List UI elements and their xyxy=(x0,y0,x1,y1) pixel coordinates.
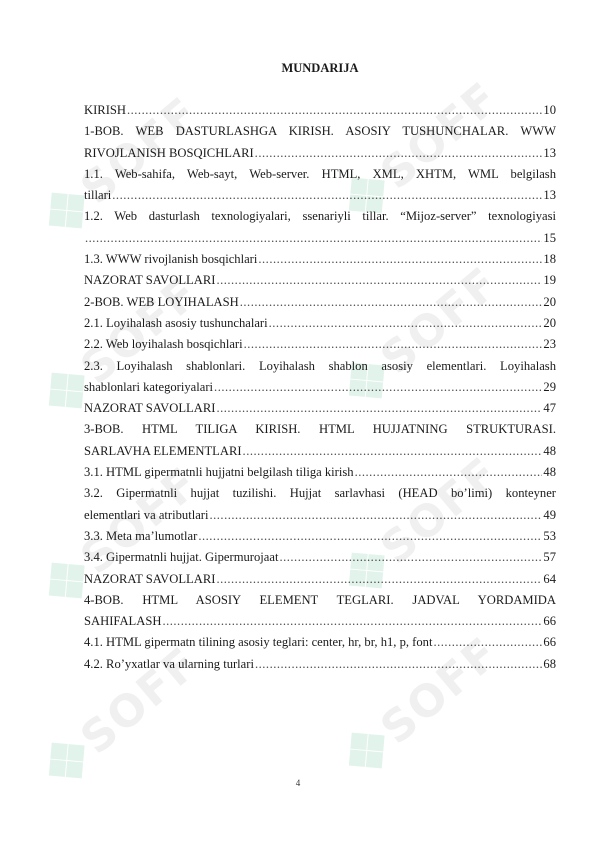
toc-entry-title: 2.2. Web loyihalash bosqichlari xyxy=(84,334,243,355)
toc-page-number: 20 xyxy=(543,313,556,334)
toc-entry-row: RIVOJLANISH BOSQICHLARI13 xyxy=(84,143,556,164)
dot-leader xyxy=(85,228,542,249)
toc-entry-title: NAZORAT SAVOLLARI xyxy=(84,569,215,590)
toc-page-number: 23 xyxy=(543,334,556,355)
toc-entry[interactable]: 3.4. Gipermatnli hujjat. Gipermurojaat57 xyxy=(84,547,556,568)
toc-page-number: 19 xyxy=(543,270,556,291)
toc-entry-row: 4.2. Ro’yxatlar va ularning turlari68 xyxy=(84,654,556,675)
dot-leader xyxy=(240,292,543,313)
table-of-contents: KIRISH101-BOB. WEB DASTURLASHGA KIRISH. … xyxy=(84,100,556,675)
toc-entry-row: 2-BOB. WEB LOYIHALASH20 xyxy=(84,292,556,313)
toc-entry-title-line: 3.2. Gipermatnli hujjat tuzilishi. Hujja… xyxy=(84,483,556,504)
toc-entry-title-line: 4-BOB. HTML ASOSIY ELEMENT TEGLARI. JADV… xyxy=(84,590,556,611)
toc-entry-title: shablonlari kategoriyalari xyxy=(84,377,213,398)
toc-entry-title: 2-BOB. WEB LOYIHALASH xyxy=(84,292,239,313)
toc-entry-row: KIRISH10 xyxy=(84,100,556,121)
toc-entry[interactable]: NAZORAT SAVOLLARI64 xyxy=(84,569,556,590)
toc-entry[interactable]: 1-BOB. WEB DASTURLASHGA KIRISH. ASOSIY T… xyxy=(84,121,556,164)
dot-leader xyxy=(216,569,542,590)
green-diamond-logo-icon xyxy=(336,720,398,782)
dot-leader xyxy=(216,398,542,419)
toc-entry-title: 3.3. Meta ma’lumotlar xyxy=(84,526,197,547)
toc-page-number: 18 xyxy=(543,249,556,270)
dot-leader xyxy=(269,313,543,334)
dot-leader xyxy=(255,143,543,164)
toc-entry[interactable]: 3.3. Meta ma’lumotlar53 xyxy=(84,526,556,547)
toc-entry[interactable]: 3.2. Gipermatnli hujjat tuzilishi. Hujja… xyxy=(84,483,556,526)
toc-page-number: 57 xyxy=(543,547,556,568)
toc-entry-title-line: 3-BOB. HTML TILIGA KIRISH. HTML HUJJATNI… xyxy=(84,419,556,440)
toc-entry-title: RIVOJLANISH BOSQICHLARI xyxy=(84,143,254,164)
toc-entry-row: NAZORAT SAVOLLARI64 xyxy=(84,569,556,590)
dot-leader xyxy=(112,185,542,206)
toc-entry-row: SARLAVHA ELEMENTLARI48 xyxy=(84,441,556,462)
toc-page-number: 13 xyxy=(543,185,556,206)
toc-entry-title: 3.1. HTML gipermatnli hujjatni belgilash… xyxy=(84,462,354,483)
toc-entry[interactable]: 4.1. HTML gipermatn tilining asosiy tegl… xyxy=(84,632,556,653)
toc-entry-title-line: 1-BOB. WEB DASTURLASHGA KIRISH. ASOSIY T… xyxy=(84,121,556,142)
toc-entry[interactable]: 2.3. Loyihalash shablonlari. Loyihalash … xyxy=(84,356,556,399)
dot-leader xyxy=(216,270,542,291)
toc-page-number: 29 xyxy=(543,377,556,398)
toc-entry-row: 2.2. Web loyihalash bosqichlari23 xyxy=(84,334,556,355)
toc-entry[interactable]: 2.2. Web loyihalash bosqichlari23 xyxy=(84,334,556,355)
toc-entry-row: 3.1. HTML gipermatnli hujjatni belgilash… xyxy=(84,462,556,483)
toc-entry[interactable]: 4-BOB. HTML ASOSIY ELEMENT TEGLARI. JADV… xyxy=(84,590,556,633)
toc-entry-title: elementlari va atributlari xyxy=(84,505,208,526)
toc-page-number: 66 xyxy=(543,632,556,653)
toc-page-number: 20 xyxy=(543,292,556,313)
toc-entry-row: 15 xyxy=(84,228,556,249)
toc-entry-title: NAZORAT SAVOLLARI xyxy=(84,270,215,291)
toc-entry-title-line: 2.3. Loyihalash shablonlari. Loyihalash … xyxy=(84,356,556,377)
toc-entry-title-line: 1.2. Web dasturlash texnologiyalari, sse… xyxy=(84,206,556,227)
toc-page-number: 13 xyxy=(543,143,556,164)
dot-leader xyxy=(209,505,542,526)
toc-entry-row: 3.4. Gipermatnli hujjat. Gipermurojaat57 xyxy=(84,547,556,568)
toc-entry-title: 3.4. Gipermatnli hujjat. Gipermurojaat xyxy=(84,547,278,568)
toc-entry[interactable]: 4.2. Ro’yxatlar va ularning turlari68 xyxy=(84,654,556,675)
toc-entry-title-line: 1.1. Web-sahifa, Web-sayt, Web-server. H… xyxy=(84,164,556,185)
toc-entry-row: elementlari va atributlari49 xyxy=(84,505,556,526)
toc-page-number: 68 xyxy=(543,654,556,675)
toc-page-number: 64 xyxy=(543,569,556,590)
toc-entry-title: 4.2. Ro’yxatlar va ularning turlari xyxy=(84,654,254,675)
toc-entry-row: 4.1. HTML gipermatn tilining asosiy tegl… xyxy=(84,632,556,653)
dot-leader xyxy=(244,334,543,355)
toc-entry-row: 3.3. Meta ma’lumotlar53 xyxy=(84,526,556,547)
toc-entry-row: NAZORAT SAVOLLARI47 xyxy=(84,398,556,419)
toc-entry[interactable]: 3.1. HTML gipermatnli hujjatni belgilash… xyxy=(84,462,556,483)
toc-page-number: 10 xyxy=(543,100,556,121)
dot-leader xyxy=(198,526,542,547)
toc-entry[interactable]: NAZORAT SAVOLLARI19 xyxy=(84,270,556,291)
toc-entry[interactable]: NAZORAT SAVOLLARI47 xyxy=(84,398,556,419)
dot-leader xyxy=(243,441,543,462)
dot-leader xyxy=(279,547,542,568)
toc-entry-title: NAZORAT SAVOLLARI xyxy=(84,398,215,419)
toc-entry-row: shablonlari kategoriyalari29 xyxy=(84,377,556,398)
toc-entry-title: SAHIFALASH xyxy=(84,611,161,632)
toc-entry-row: 2.1. Loyihalash asosiy tushunchalari20 xyxy=(84,313,556,334)
page-title: MUNDARIJA xyxy=(84,56,556,80)
toc-entry-title: tillari xyxy=(84,185,111,206)
toc-page-number: 66 xyxy=(543,611,556,632)
document-page: MUNDARIJA KIRISH101-BOB. WEB DASTURLASHG… xyxy=(84,56,556,675)
toc-entry[interactable]: 2-BOB. WEB LOYIHALASH20 xyxy=(84,292,556,313)
dot-leader xyxy=(214,377,542,398)
toc-entry-row: NAZORAT SAVOLLARI19 xyxy=(84,270,556,291)
dot-leader xyxy=(127,100,542,121)
toc-entry-title: 1.3. WWW rivojlanish bosqichlari xyxy=(84,249,257,270)
toc-entry-row: tillari13 xyxy=(84,185,556,206)
dot-leader xyxy=(355,462,543,483)
toc-entry[interactable]: 1.1. Web-sahifa, Web-sayt, Web-server. H… xyxy=(84,164,556,207)
toc-page-number: 48 xyxy=(543,441,556,462)
page-number: 4 xyxy=(0,778,596,788)
dot-leader xyxy=(258,249,542,270)
toc-entry-title: 4.1. HTML gipermatn tilining asosiy tegl… xyxy=(84,632,432,653)
dot-leader xyxy=(255,654,542,675)
toc-page-number: 49 xyxy=(543,505,556,526)
toc-entry[interactable]: 1.3. WWW rivojlanish bosqichlari18 xyxy=(84,249,556,270)
toc-page-number: 53 xyxy=(543,526,556,547)
toc-entry-title: SARLAVHA ELEMENTLARI xyxy=(84,441,242,462)
toc-page-number: 15 xyxy=(543,228,556,249)
toc-page-number: 48 xyxy=(543,462,556,483)
toc-entry[interactable]: KIRISH10 xyxy=(84,100,556,121)
toc-entry-title: KIRISH xyxy=(84,100,126,121)
toc-entry[interactable]: 2.1. Loyihalash asosiy tushunchalari20 xyxy=(84,313,556,334)
dot-leader xyxy=(433,632,542,653)
toc-entry[interactable]: 1.2. Web dasturlash texnologiyalari, sse… xyxy=(84,206,556,249)
toc-entry-row: 1.3. WWW rivojlanish bosqichlari18 xyxy=(84,249,556,270)
dot-leader xyxy=(162,611,542,632)
toc-page-number: 47 xyxy=(543,398,556,419)
toc-entry-row: SAHIFALASH66 xyxy=(84,611,556,632)
toc-entry[interactable]: 3-BOB. HTML TILIGA KIRISH. HTML HUJJATNI… xyxy=(84,419,556,462)
toc-entry-title: 2.1. Loyihalash asosiy tushunchalari xyxy=(84,313,268,334)
